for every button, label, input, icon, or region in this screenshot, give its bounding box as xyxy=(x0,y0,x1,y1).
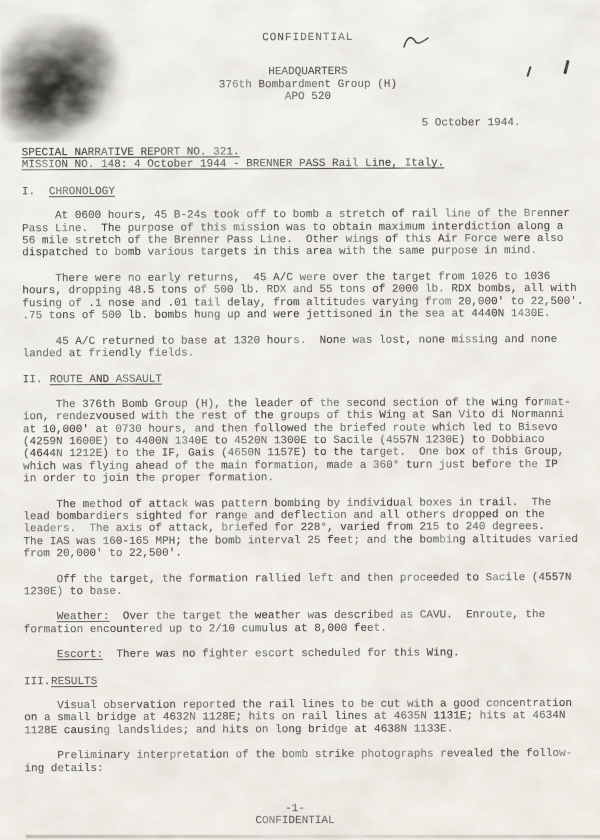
section-heading-results: III.RESULTS xyxy=(24,673,597,688)
scanned-document-page: CONFIDENTIAL HEADQUARTERS 376th Bombardm… xyxy=(0,0,600,840)
section-number: II. xyxy=(23,374,50,387)
paragraph-escort: Escort: There was no fighter escort sche… xyxy=(24,647,597,662)
section-number: III. xyxy=(24,676,51,689)
mission-line: MISSION NO. 148: 4 October 1944 - BRENNE… xyxy=(22,157,595,172)
paragraph-weather: Weather: Over the target the weather was… xyxy=(24,609,597,636)
section-title: RESULTS xyxy=(51,676,97,688)
paragraph: The method of attack was pattern bombing… xyxy=(23,496,596,561)
pen-mark-squiggle xyxy=(402,32,432,52)
escort-label: Escort: xyxy=(57,649,103,661)
scan-edge-streak xyxy=(26,835,600,838)
paragraph: There were no early returns, 45 A/C were… xyxy=(22,271,595,323)
ink-blot-stain xyxy=(0,14,132,142)
classification-footer: CONFIDENTIAL xyxy=(0,815,590,829)
weather-label: Weather: xyxy=(57,611,110,623)
page-footer: -1- CONFIDENTIAL xyxy=(0,802,590,829)
section-title: ROUTE AND ASSAULT xyxy=(50,374,162,386)
paragraph: The 376th Bomb Group (H), the leader of … xyxy=(23,396,596,485)
section-heading-chronology: I.CHRONOLOGY xyxy=(22,184,595,199)
subject-block: SPECIAL NARRATIVE REPORT NO. 321. MISSIO… xyxy=(22,145,595,172)
section-heading-route-and-assault: II.ROUTE AND ASSAULT xyxy=(23,372,596,387)
paragraph: Visual observation reported the rail lin… xyxy=(24,698,597,738)
section-number: I. xyxy=(22,186,49,199)
paragraph: Preliminary interpretation of the bomb s… xyxy=(24,748,597,775)
paragraph: At 0600 hours, 45 B-24s took off to bomb… xyxy=(22,208,595,260)
paragraph: 45 A/C returned to base at 1320 hours. N… xyxy=(22,333,595,360)
paragraph: Off the target, the formation rallied le… xyxy=(24,571,597,598)
escort-text: There was no fighter escort scheduled fo… xyxy=(103,648,460,662)
section-title: CHRONOLOGY xyxy=(49,186,115,198)
